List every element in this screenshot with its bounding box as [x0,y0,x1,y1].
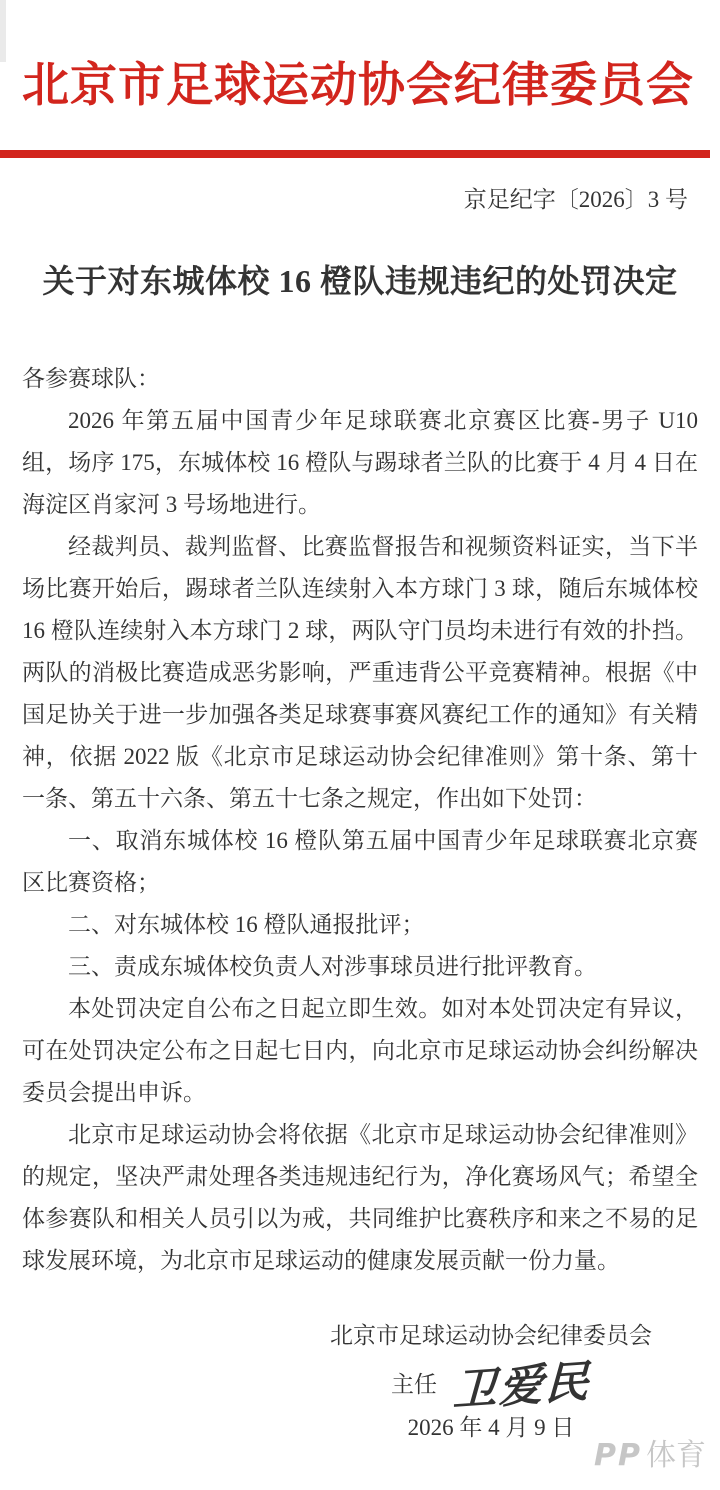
watermark-text: 体育 [646,1438,706,1473]
paragraph-findings: 经裁判员、裁判监督、比赛监督报告和视频资料证实，当下半场比赛开始后，踢球者兰队连… [22,526,698,820]
red-divider-line [0,150,710,158]
signature-name-handwritten: 卫爱民 [452,1345,592,1419]
letterhead-banner: 北京市足球运动协会纪律委员会 [22,52,698,120]
document-title: 关于对东城体校 16 橙队违规违纪的处罚决定 [22,260,698,302]
org-title: 北京市足球运动协会纪律委员会 [22,52,698,120]
penalty-item-1: 一、取消东城体校 16 橙队第五届中国青少年足球联赛北京赛区比赛资格； [22,820,698,904]
doc-number: 京足纪字〔2026〕3 号 [22,186,688,214]
penalty-item-2: 二、对东城体校 16 橙队通报批评； [22,904,698,946]
penalty-item-3: 三、责成东城体校负责人对涉事球员进行批评教育。 [22,946,698,988]
document-body: 各参赛球队： 2026 年第五届中国青少年足球联赛北京赛区比赛-男子 U10 组… [22,358,698,1282]
paragraph-effective-appeal: 本处罚决定自公布之日起立即生效。如对本处罚决定有异议，可在处罚决定公布之日起七日… [22,988,698,1114]
pp-sports-logo-icon: PP [594,1438,642,1473]
scan-artifact [0,0,6,62]
signature-row: 主任 卫爱民 [330,1356,652,1408]
paragraph-closing-statement: 北京市足球运动协会将依据《北京市足球运动协会纪律准则》的规定，坚决严肃处理各类违… [22,1114,698,1282]
document-page: { "meta": { "accent_color": "#d2251d", "… [0,0,720,1490]
watermark: PP体育 [594,1430,706,1474]
salutation: 各参赛球队： [22,358,698,400]
signature-committee: 北京市足球运动协会纪律委员会 [330,1316,652,1356]
signature-block: 北京市足球运动协会纪律委员会 主任 卫爱民 2026 年 4 月 9 日 [330,1316,652,1448]
signature-role-label: 主任 [391,1366,437,1399]
paragraph-match-info: 2026 年第五届中国青少年足球联赛北京赛区比赛-男子 U10 组，场序 175… [22,400,698,526]
